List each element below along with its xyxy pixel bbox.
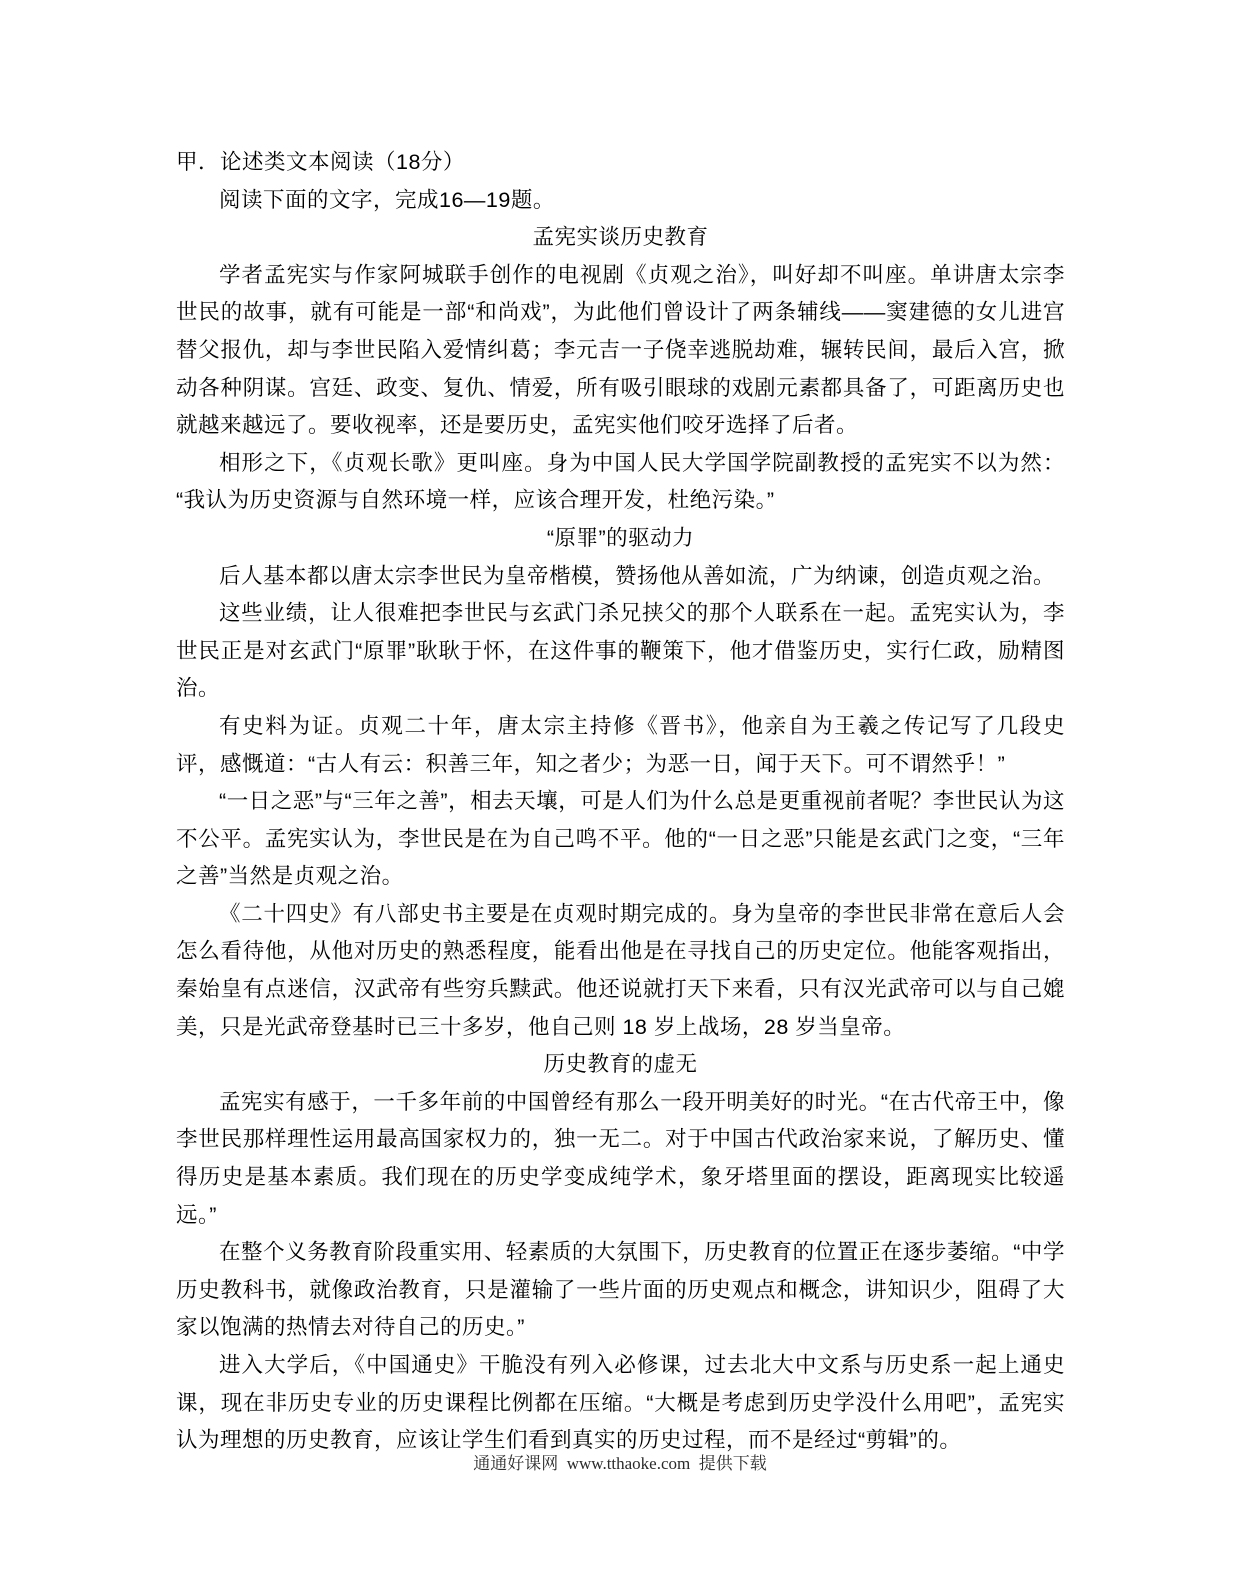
paragraph: 有史料为证。贞观二十年，唐太宗主持修《晋书》，他亲自为王羲之传记写了几段史评，感… bbox=[176, 708, 1065, 783]
paragraph: 学者孟宪实与作家阿城联手创作的电视剧《贞观之治》，叫好却不叫座。单讲唐太宗李世民… bbox=[176, 257, 1065, 445]
section-heading: 甲．论述类文本阅读（18分） bbox=[176, 144, 1065, 182]
page-footer: 通通好课网 www.tthaoke.com 提供下载 bbox=[0, 1452, 1240, 1476]
section-subtitle: “原罪”的驱动力 bbox=[176, 520, 1065, 558]
paragraph: “一日之恶”与“三年之善”，相去天壤，可是人们为什么总是更重视前者呢？李世民认为… bbox=[176, 783, 1065, 896]
paragraph: 孟宪实有感于，一千多年前的中国曾经有那么一段开明美好的时光。“在古代帝王中，像李… bbox=[176, 1084, 1065, 1234]
paragraph: 相形之下，《贞观长歌》更叫座。身为中国人民大学国学院副教授的孟宪实不以为然：“我… bbox=[176, 445, 1065, 520]
instruction-line: 阅读下面的文字，完成16—19题。 bbox=[176, 182, 1065, 220]
paragraph: 在整个义务教育阶段重实用、轻素质的大氛围下，历史教育的位置正在逐步萎缩。“中学历… bbox=[176, 1234, 1065, 1347]
section-subtitle: 历史教育的虚无 bbox=[176, 1046, 1065, 1084]
article-body: 甲．论述类文本阅读（18分） 阅读下面的文字，完成16—19题。 孟宪实谈历史教… bbox=[176, 144, 1065, 1460]
paragraph: 进入大学后，《中国通史》干脆没有列入必修课，过去北大中文系与历史系一起上通史课，… bbox=[176, 1347, 1065, 1460]
paragraph: 这些业绩，让人很难把李世民与玄武门杀兄挟父的那个人联系在一起。孟宪实认为，李世民… bbox=[176, 595, 1065, 708]
paragraph: 《二十四史》有八部史书主要是在贞观时期完成的。身为皇帝的李世民非常在意后人会怎么… bbox=[176, 896, 1065, 1046]
document-page: 甲．论述类文本阅读（18分） 阅读下面的文字，完成16—19题。 孟宪实谈历史教… bbox=[0, 0, 1240, 1594]
paragraph: 后人基本都以唐太宗李世民为皇帝楷模，赞扬他从善如流，广为纳谏，创造贞观之治。 bbox=[176, 558, 1065, 596]
article-title: 孟宪实谈历史教育 bbox=[176, 219, 1065, 257]
